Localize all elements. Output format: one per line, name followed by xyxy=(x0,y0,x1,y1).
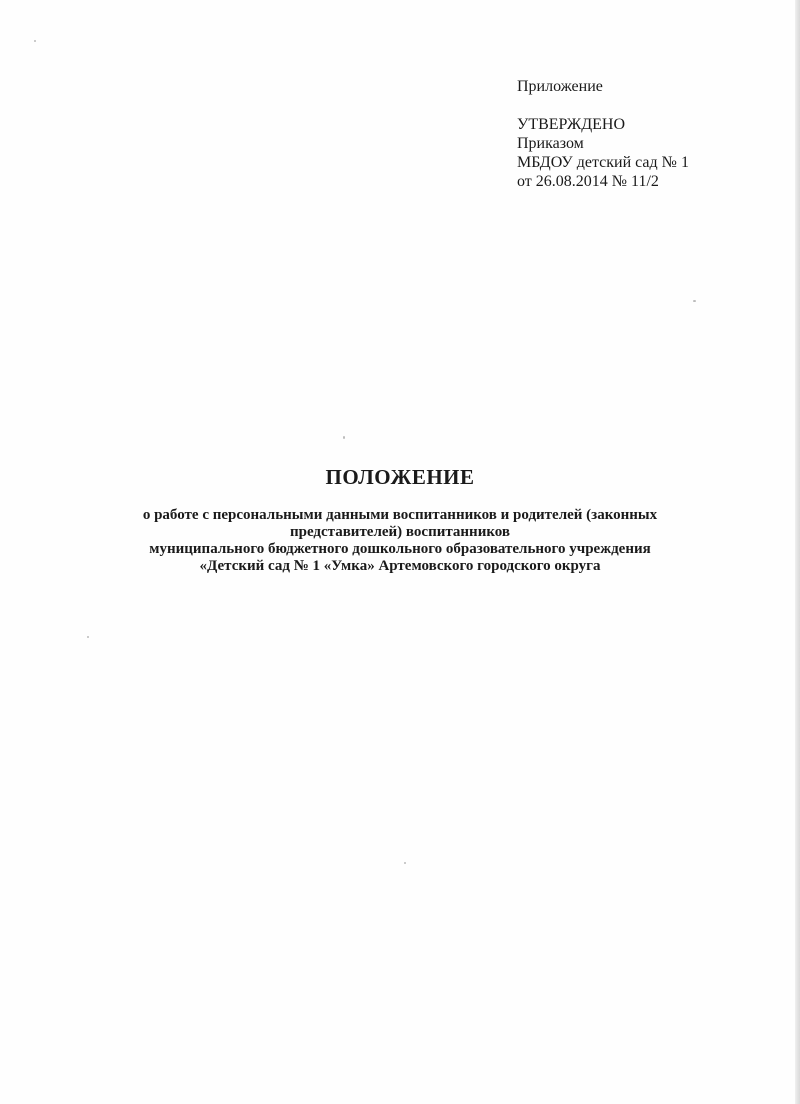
subtitle-line: представителей) воспитанников xyxy=(120,524,680,541)
scan-speck xyxy=(343,436,345,439)
institution-name: МБДОУ детский сад № 1 xyxy=(517,153,689,172)
document-page: Приложение УТВЕРЖДЕНО Приказом МБДОУ дет… xyxy=(0,0,800,1104)
approved-label: УТВЕРЖДЕНО xyxy=(517,115,689,134)
order-date-number: от 26.08.2014 № 11/2 xyxy=(517,172,689,191)
document-subtitle: о работе с персональными данными воспита… xyxy=(120,507,680,575)
scan-speck xyxy=(404,862,406,864)
order-label: Приказом xyxy=(517,134,689,153)
scan-edge-shadow xyxy=(795,0,800,1104)
scan-speck xyxy=(693,300,696,302)
subtitle-line: «Детский сад № 1 «Умка» Артемовского гор… xyxy=(120,558,680,575)
scan-speck xyxy=(87,636,89,638)
scan-speck xyxy=(34,40,36,42)
approval-stamp-block: Приложение УТВЕРЖДЕНО Приказом МБДОУ дет… xyxy=(517,77,689,191)
appendix-label: Приложение xyxy=(517,77,689,96)
document-title: ПОЛОЖЕНИЕ xyxy=(0,465,800,490)
subtitle-line: муниципального бюджетного дошкольного об… xyxy=(120,541,680,558)
subtitle-line: о работе с персональными данными воспита… xyxy=(120,507,680,524)
